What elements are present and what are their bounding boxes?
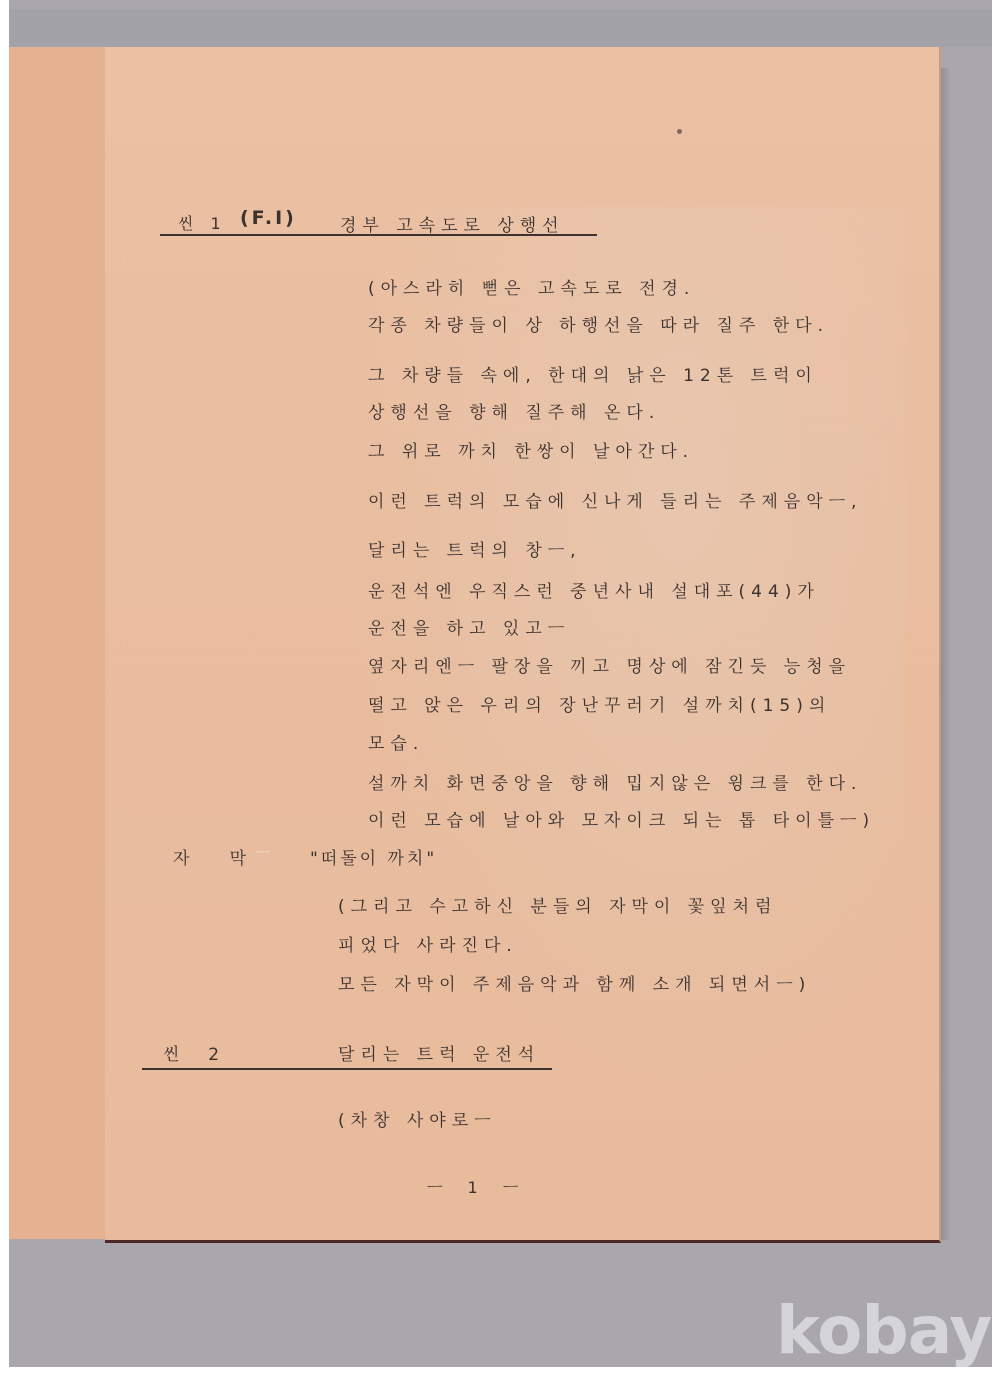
- scene-1-line: (아스라히 뻗은 고속도로 전경.: [368, 274, 695, 299]
- scan-margin-bottom: [0, 1367, 1000, 1375]
- scene-1-after-caption-line: 피었다 사라진다.: [338, 931, 518, 956]
- book-cover-flap: [9, 47, 106, 1239]
- scene-1-line: 운전을 하고 있고ㅡ: [368, 614, 570, 639]
- scene-1-line: 달리는 트럭의 창ㅡ,: [368, 536, 582, 561]
- scene-1-line: 떨고 앉은 우리의 장난꾸러기 설까치(15)의: [368, 691, 831, 716]
- paper-speck: [677, 129, 682, 134]
- scene-1-after-caption-line: (그리고 수고하신 분들의 자막이 꽃잎처럼: [338, 892, 777, 917]
- scene-1-line: 이런 모습에 날아와 모자이크 되는 톱 타이틀ㅡ): [368, 806, 875, 831]
- scene-1-transition: (F.I): [240, 207, 297, 229]
- scene-1-line: 설까치 화면중앙을 향해 밉지않은 윙크를 한다.: [368, 769, 862, 794]
- scene-1-line: 각종 차량들이 상 하행선을 따라 질주 한다.: [368, 311, 829, 336]
- scene-1-line: 그 차량들 속에, 한대의 낡은 12톤 트럭이: [368, 361, 818, 386]
- scene-1-line: 그 위로 까치 한쌍이 날아간다.: [368, 437, 694, 462]
- scene-1-label: 씬 1: [178, 211, 227, 234]
- scan-margin-left: [0, 0, 9, 1375]
- caption-label: 자 막: [173, 844, 252, 869]
- scene-2-label: 씬 2: [163, 1040, 225, 1065]
- scene-1-line: 옆자리엔ㅡ 팔장을 끼고 명상에 잠긴듯 능청을: [368, 652, 851, 677]
- script-page: 씬 1 (F.I) 경부 고속도로 상행선 (아스라히 뻗은 고속도로 전경. …: [105, 47, 941, 1243]
- page-number: ㅡ 1 ㅡ: [427, 1175, 528, 1198]
- scene-1-line: 이런 트럭의 모습에 신나게 들리는 주제음악ㅡ,: [368, 487, 862, 512]
- scene-1-line: 모습.: [368, 729, 424, 754]
- scene-2-line: (차창 사야로ㅡ: [338, 1106, 497, 1131]
- scene-1-heading-underline: [160, 234, 597, 236]
- scan-background: [9, 9, 992, 47]
- scan-margin-right: [992, 0, 1000, 1375]
- watermark-logo: kobay: [776, 1292, 991, 1369]
- scene-1-after-caption-line: 모든 자막이 주제음악과 함께 소개 되면서ㅡ): [338, 970, 811, 995]
- scene-1-line: 상행선을 향해 질주해 온다.: [368, 398, 660, 423]
- scene-2-heading-underline: [142, 1068, 552, 1070]
- scene-2-location: 달리는 트럭 운전석: [338, 1040, 540, 1065]
- caption-title: "떠돌이 까치": [310, 844, 437, 869]
- scene-1-location: 경부 고속도로 상행선: [340, 211, 565, 236]
- caption-dash: ㅡ: [255, 842, 276, 863]
- scene-1-line: 운전석엔 우직스런 중년사내 설대포(44)가: [368, 577, 820, 602]
